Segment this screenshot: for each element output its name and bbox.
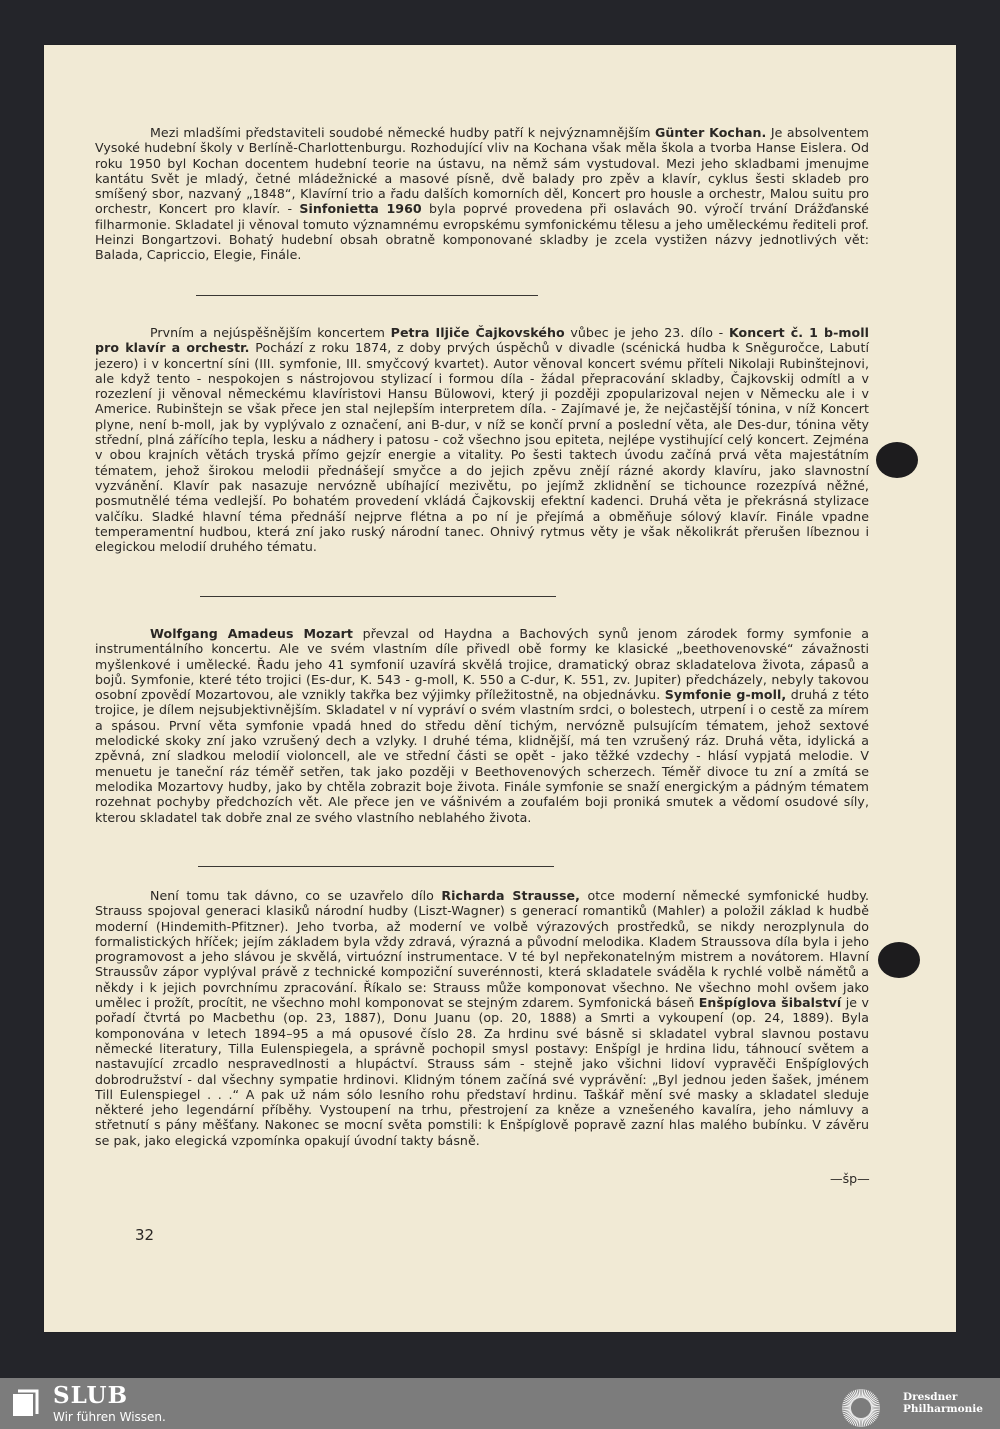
bold-title: Günter Kochan.: [655, 125, 766, 140]
slub-logo-icon[interactable]: [13, 1388, 41, 1418]
section-mozart: Wolfgang Amadeus Mozart převzal od Haydn…: [95, 626, 869, 825]
philharmonie-brand[interactable]: Dresdner Philharmonie: [903, 1391, 983, 1415]
text-run: Mezi mladšími představiteli soudobé něme…: [150, 125, 655, 140]
section-divider: [198, 866, 554, 867]
bold-title: Enšpíglova šibalství: [699, 995, 842, 1010]
paragraph: Mezi mladšími představiteli soudobé něme…: [95, 125, 869, 263]
page-number: 32: [135, 1226, 154, 1244]
slub-brand[interactable]: SLUB: [53, 1382, 128, 1409]
bold-title: Symfonie g-moll,: [665, 687, 786, 702]
bold-title: Sinfonietta 1960: [299, 201, 421, 216]
section-divider: [196, 295, 538, 296]
text-run: vůbec je jeho 23. dílo -: [565, 325, 729, 340]
paragraph: Není tomu tak dávno, co se uzavřelo dílo…: [95, 888, 869, 1148]
section-kochan: Mezi mladšími představiteli soudobé něme…: [95, 125, 869, 263]
text-run: druhá z této trojice, je dílem nejsubjek…: [95, 687, 869, 824]
text-run: otce moderní německé symfonické hudby. S…: [95, 888, 869, 1010]
philharmonie-logo-icon[interactable]: [841, 1388, 881, 1428]
text-run: Prvním a nejúspěšnějším koncertem: [150, 325, 391, 340]
author-signature: —šp—: [830, 1171, 870, 1186]
section-cajkovskij: Prvním a nejúspěšnějším koncertem Petra …: [95, 325, 869, 554]
section-divider: [200, 596, 556, 597]
paragraph: Wolfgang Amadeus Mozart převzal od Haydn…: [95, 626, 869, 825]
punch-hole: [876, 442, 918, 478]
brand-line-2: Philharmonie: [903, 1403, 983, 1415]
slub-tagline: Wir führen Wissen.: [53, 1410, 166, 1424]
footer-bar: SLUB Wir führen Wissen. Dresdner Philhar…: [0, 1378, 1000, 1429]
text-run: Pochází z roku 1874, z doby prvých úspěc…: [95, 340, 869, 554]
bold-title: Petra Iljiče Čajkovského: [391, 325, 565, 340]
text-run: je v pořadí čtvrtá po Macbethu (op. 23, …: [95, 995, 869, 1148]
bold-title: Richarda Strausse,: [441, 888, 580, 903]
text-run: Není tomu tak dávno, co se uzavřelo dílo: [150, 888, 441, 903]
bold-title: Wolfgang Amadeus Mozart: [150, 626, 353, 641]
paragraph: Prvním a nejúspěšnějším koncertem Petra …: [95, 325, 869, 554]
section-strauss: Není tomu tak dávno, co se uzavřelo dílo…: [95, 888, 869, 1148]
brand-line-1: Dresdner: [903, 1391, 983, 1403]
punch-hole: [878, 942, 920, 978]
